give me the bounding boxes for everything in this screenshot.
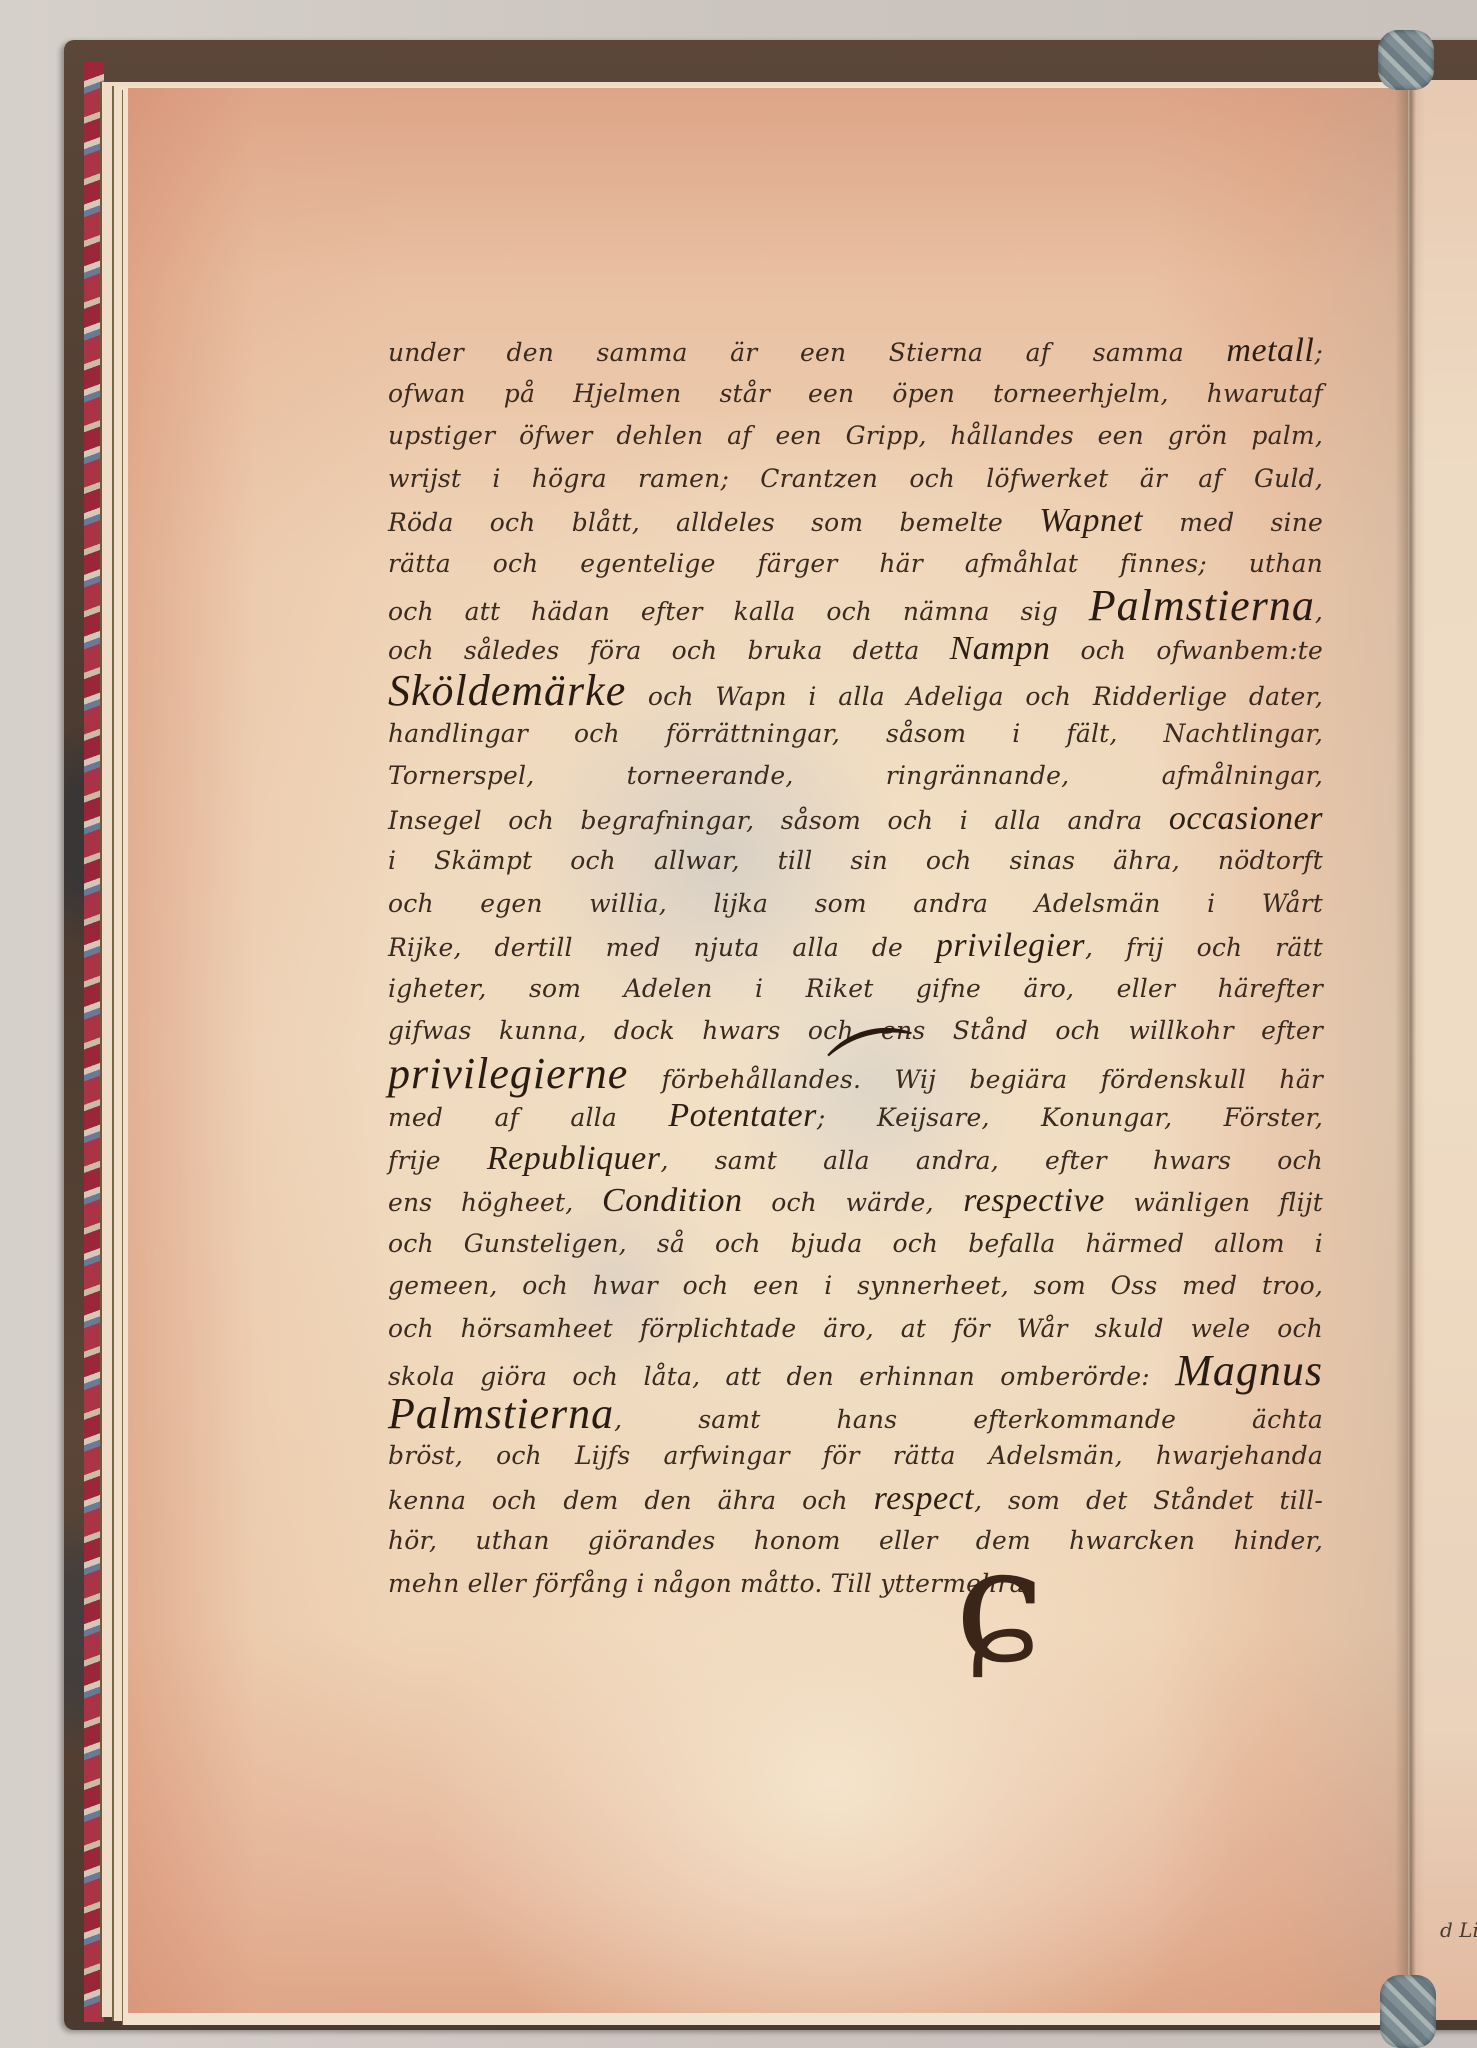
line-text: frije	[388, 1146, 487, 1175]
emphasized-word: respective	[934, 1182, 1105, 1219]
manuscript-line: kenna och dem den ähra och respect, som …	[388, 1478, 1323, 1521]
line-text: Rijke, dertill med njuta alla de	[388, 933, 936, 962]
line-text: rätta och egentelige färger här afmåhlat…	[388, 549, 1323, 578]
manuscript-line: bröst, och Lijfs arfwingar för rätta Ade…	[388, 1435, 1323, 1478]
emphasized-word: Palmstierna	[388, 1389, 614, 1438]
emphasized-word: occasioner	[1169, 800, 1323, 837]
manuscript-line: och egen willia, lijka som andra Adelsmä…	[388, 883, 1323, 926]
line-text: och att hädan efter kalla och nämna sig	[388, 597, 1089, 626]
line-text-after: , samt hans efterkommande ächta	[614, 1405, 1323, 1434]
line-text-after: med sine	[1143, 508, 1323, 537]
manuscript-line: upstiger öfwer dehlen af een Gripp, håll…	[388, 415, 1323, 458]
emphasized-word: Nampn	[950, 630, 1051, 667]
line-text-after: och wärde,	[743, 1188, 934, 1217]
line-text: kenna och dem den ähra och	[388, 1486, 874, 1515]
book-gutter	[1395, 82, 1425, 2017]
line-text-after: , frij och rätt	[1085, 933, 1323, 962]
manuscript-line: under den samma är een Stierna af samma …	[388, 330, 1323, 373]
manuscript-line: wrijst i högra ramen; Crantzen och löfwe…	[388, 458, 1323, 501]
manuscript-line: rätta och egentelige färger här afmåhlat…	[388, 543, 1323, 586]
line-text-after: och ofwanbem:te	[1050, 636, 1323, 665]
line-text: handlingar och förrättningar, såsom i fä…	[388, 719, 1323, 748]
line-text: Tornerspel, torneerande, ringrännande, a…	[388, 761, 1323, 790]
line-text: med af alla	[388, 1103, 668, 1132]
manuscript-line: Insegel och begrafningar, såsom och i al…	[388, 798, 1323, 841]
line-text: Insegel och begrafningar, såsom och i al…	[388, 806, 1169, 835]
line-text: mehn eller förfång i någon måtto.	[388, 1569, 823, 1598]
emphasized-word: Republiquer	[487, 1140, 661, 1177]
line-text-after: förbehållandes. Wij begiära fördenskull …	[628, 1065, 1323, 1094]
emphasized-word: Condition	[602, 1182, 743, 1219]
line-text: igheter, som Adelen i Riket gifne äro, e…	[388, 974, 1323, 1003]
manuscript-line: Rijke, dertill med njuta alla de privile…	[388, 925, 1323, 968]
emphasized-word: Wapnet	[1039, 502, 1143, 539]
manuscript-line: i Skämpt och allwar, till sin och sinas …	[388, 840, 1323, 883]
line-text-after: och Wapn i alla Adeliga och Ridderlige d…	[626, 682, 1323, 711]
line-text: och Gunsteligen, så och bjuda och befall…	[388, 1229, 1323, 1258]
manuscript-line: ens högheet, Condition och wärde, respec…	[388, 1180, 1323, 1223]
calligraphic-flourish-large: ɕ	[955, 1525, 1045, 1685]
line-text: wrijst i högra ramen; Crantzen och löfwe…	[388, 464, 1323, 493]
manuscript-line: och hörsamheet förplichtade äro, at för …	[388, 1308, 1323, 1351]
line-text-after: , samt alla andra, efter hwars och	[660, 1146, 1323, 1175]
emphasized-word: Magnus	[1175, 1346, 1323, 1395]
facing-page-note: d Li	[1440, 1918, 1477, 1942]
line-text: under den samma är een Stierna af samma	[388, 338, 1226, 367]
emphasized-word: privilegierne	[388, 1049, 628, 1098]
emphasized-word: privilegier	[936, 927, 1085, 964]
manuscript-line: Röda och blått, alldeles som bemelte Wap…	[388, 500, 1323, 543]
line-text: gemeen, och hwar och een i synnerheet, s…	[388, 1271, 1323, 1300]
manuscript-line: gemeen, och hwar och een i synnerheet, s…	[388, 1265, 1323, 1308]
line-text-after: ,	[1315, 597, 1323, 626]
manuscript-line: mehn eller förfång i någon måtto. Till y…	[388, 1563, 1323, 1606]
manuscript-text: under den samma är een Stierna af samma …	[388, 330, 1323, 1605]
line-text-after: wänligen flijt	[1105, 1188, 1323, 1217]
manuscript-line: handlingar och förrättningar, såsom i fä…	[388, 713, 1323, 756]
line-text: ofwan på Hjelmen står een öpen torneerhj…	[388, 379, 1323, 408]
manuscript-line: Tornerspel, torneerande, ringrännande, a…	[388, 755, 1323, 798]
line-text: skola giöra och låta, att den erhinnan o…	[388, 1362, 1175, 1391]
manuscript-line: och att hädan efter kalla och nämna sig …	[388, 585, 1323, 628]
manuscript-line: Palmstierna, samt hans efterkommande äch…	[388, 1393, 1323, 1436]
emphasized-word: Palmstierna	[1089, 581, 1315, 630]
line-text: Röda och blått, alldeles som bemelte	[388, 508, 1039, 537]
emphasized-word: Sköldemärke	[388, 666, 626, 715]
bookmark-cord-bottom	[1380, 1975, 1436, 2048]
line-text: och således föra och bruka detta	[388, 636, 950, 665]
manuscript-line: frije Republiquer, samt alla andra, efte…	[388, 1138, 1323, 1181]
manuscript-line: igheter, som Adelen i Riket gifne äro, e…	[388, 968, 1323, 1011]
line-text: i Skämpt och allwar, till sin och sinas …	[388, 846, 1323, 875]
manuscript-line: ofwan på Hjelmen står een öpen torneerhj…	[388, 373, 1323, 416]
line-text: hör, uthan giörandes honom eller dem hwa…	[388, 1526, 1323, 1555]
line-text: ens högheet,	[388, 1188, 602, 1217]
emphasized-word: Potentater	[668, 1097, 817, 1134]
line-text: bröst, och Lijfs arfwingar för rätta Ade…	[388, 1441, 1323, 1470]
emphasized-word: metall	[1226, 332, 1314, 369]
manuscript-line: hör, uthan giörandes honom eller dem hwa…	[388, 1520, 1323, 1563]
manuscript-line: Sköldemärke och Wapn i alla Adeliga och …	[388, 670, 1323, 713]
manuscript-line: och Gunsteligen, så och bjuda och befall…	[388, 1223, 1323, 1266]
manuscript-line: och således föra och bruka detta Nampn o…	[388, 628, 1323, 671]
line-text: upstiger öfwer dehlen af een Gripp, håll…	[388, 421, 1323, 450]
line-text: och egen willia, lijka som andra Adelsmä…	[388, 889, 1323, 918]
line-text: och hörsamheet förplichtade äro, at för …	[388, 1314, 1323, 1343]
line-text-after: ;	[1314, 338, 1323, 367]
manuscript-line: skola giöra och låta, att den erhinnan o…	[388, 1350, 1323, 1393]
bookmark-cord-top	[1378, 30, 1434, 90]
